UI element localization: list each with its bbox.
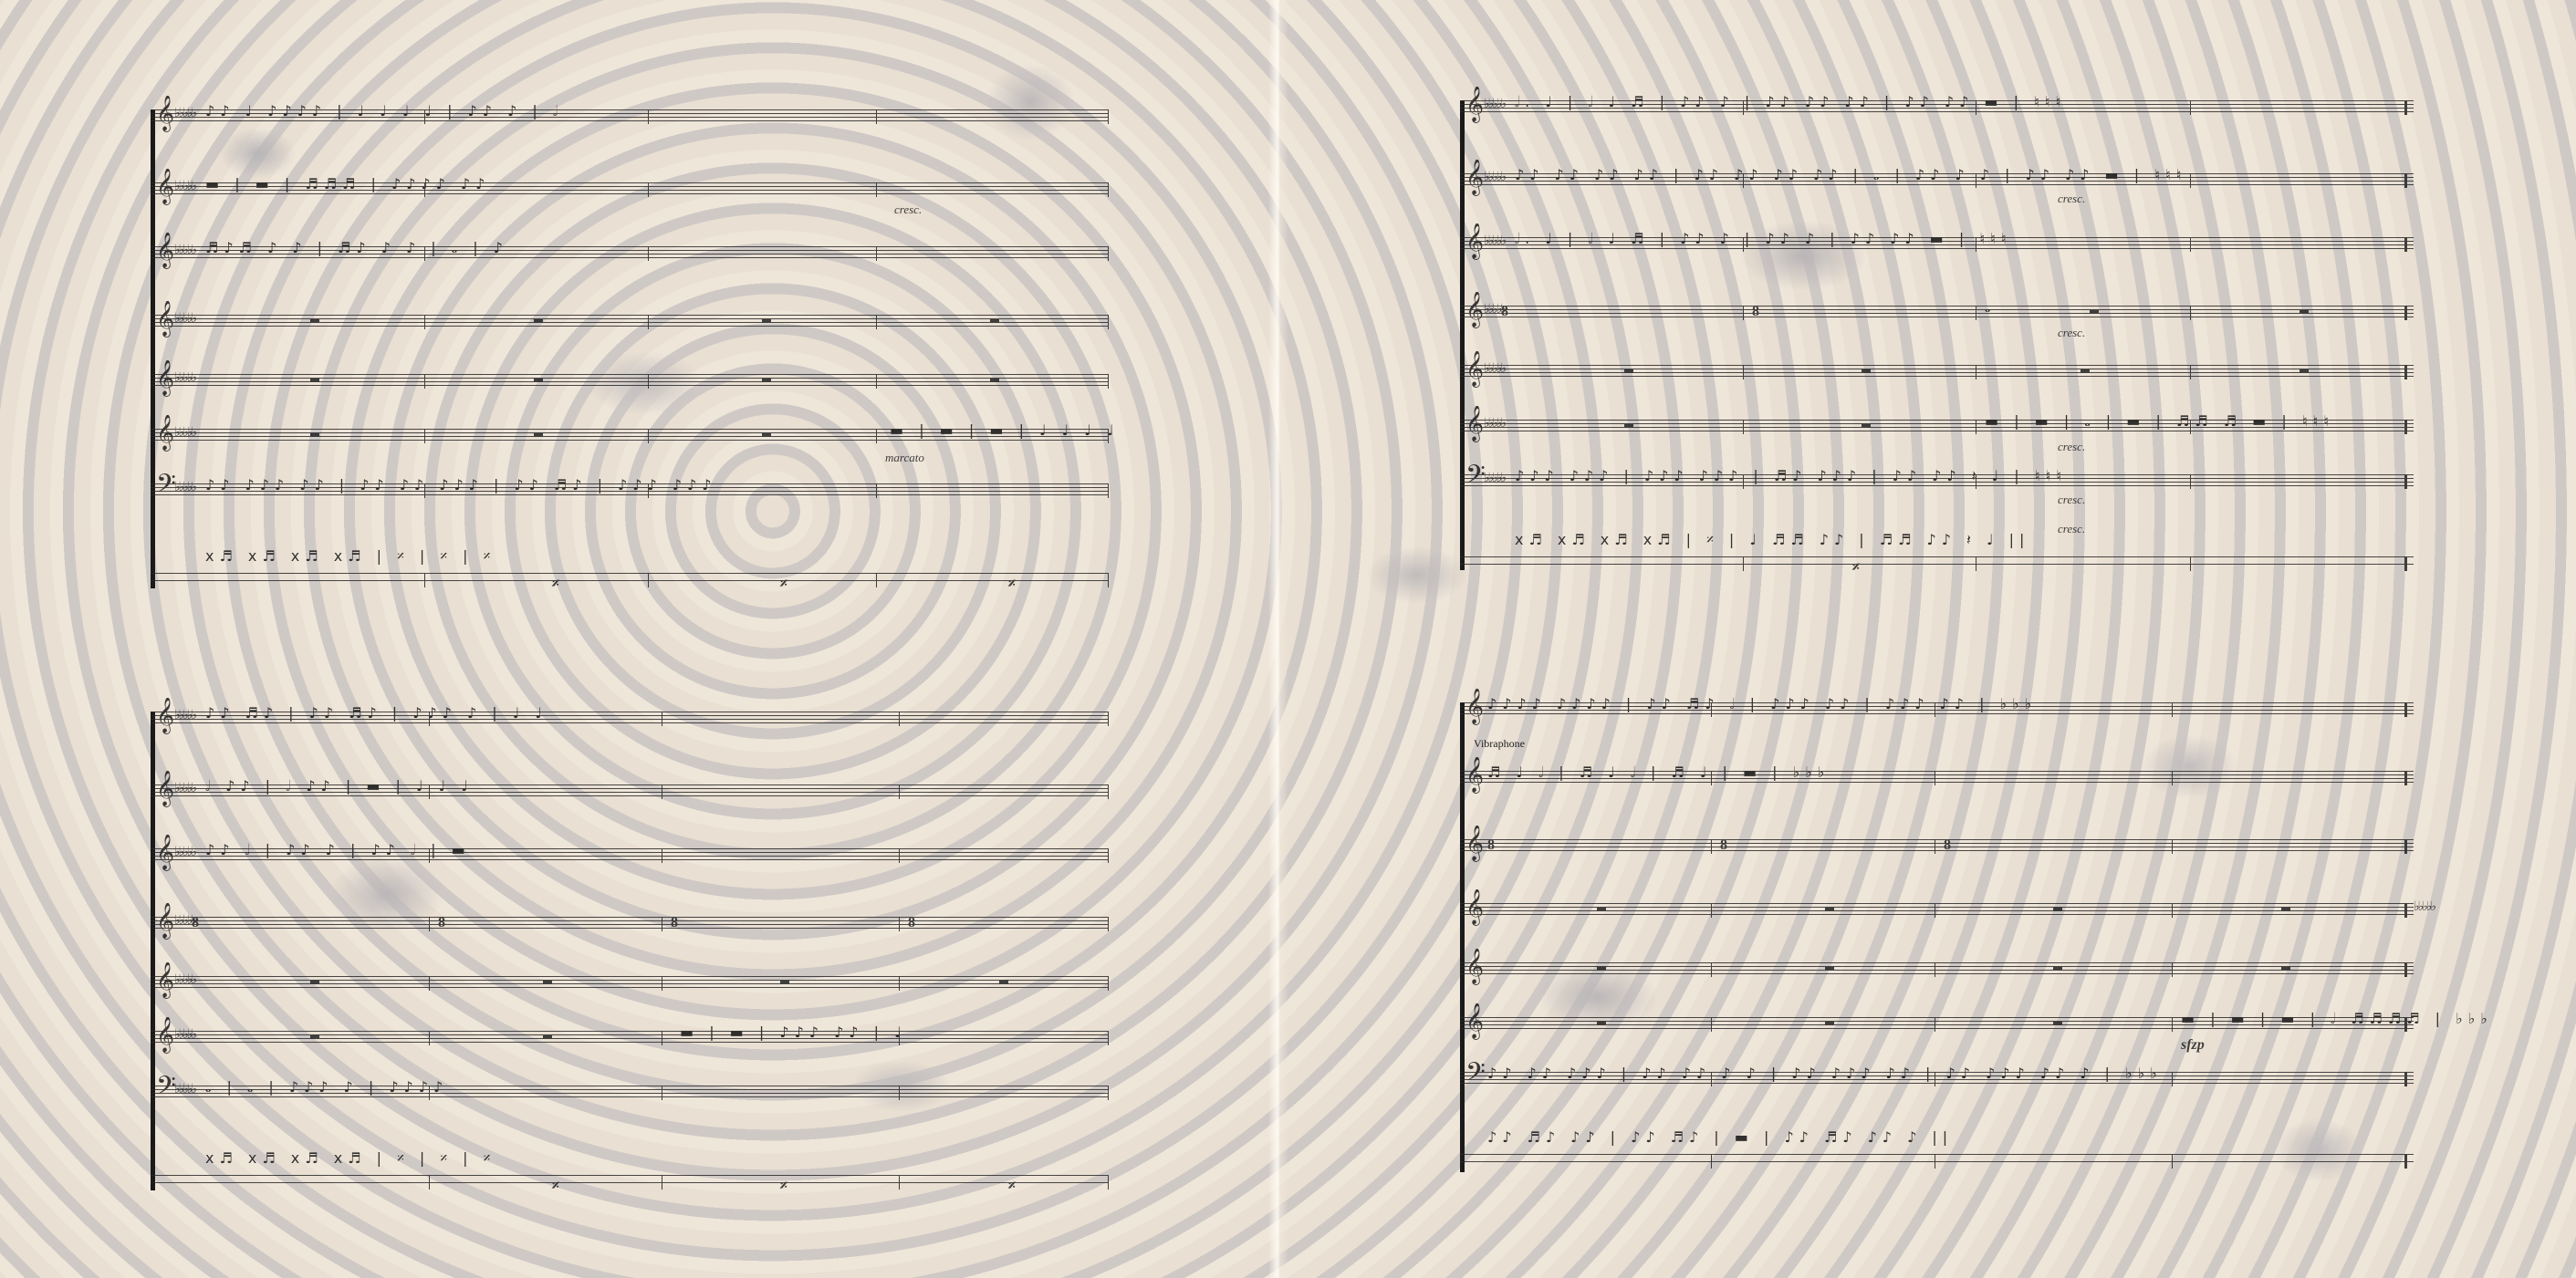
barline	[662, 848, 662, 863]
measure-repeat-icon: 𝄎	[1852, 558, 1860, 577]
whole-rest-icon	[2090, 310, 2099, 314]
barline	[899, 712, 900, 726]
treble-clef-icon: 𝄞	[1465, 295, 1484, 326]
key-signature-flats-icon: ♭♭♭♭♭	[174, 311, 195, 327]
barline	[424, 315, 425, 329]
whole-rest-icon	[1624, 369, 1633, 373]
treble-clef-icon: 𝄞	[1465, 354, 1484, 385]
staff-7: 𝄢 ♭♭♭♭♭ ♪♪♪ ♪♪♪ | ♪♪♪ ♪♪♪ | ♬♪ ♪♪♪ | ♪♪ …	[1460, 474, 2414, 489]
system-bracket	[1460, 100, 1465, 570]
barline	[662, 1031, 662, 1045]
barline	[1743, 474, 1744, 489]
instrument-label: Vibraphone	[1474, 737, 1525, 751]
key-signature-flats-icon: ♭♭♭♭♭	[1484, 97, 1505, 112]
double-barline	[2404, 306, 2407, 320]
staff-7: 𝄢 ♪♪ ♪♪ ♪♪♪ | ♪♪ ♪♪ ♪ ♪ | ♪♪ ♪♪♪ ♪♪ | ♪♪…	[1460, 1072, 2414, 1086]
whole-rest-icon	[1862, 424, 1871, 428]
barline	[1976, 474, 1976, 489]
barline	[1935, 1072, 1935, 1086]
barline	[2172, 771, 2173, 785]
double-barline	[2404, 839, 2407, 854]
barline	[2172, 1017, 2173, 1032]
staff-6: 𝄞 ♭♭♭♭♭ ▬ | ▬ | ▬ | ♩ ♩ ♩ ♩ marcato	[151, 429, 1109, 443]
staff-6: 𝄞 ♭♭♭♭♭ ▬ | ▬ | ♪♪♪ ♪♪ | ♩	[151, 1031, 1109, 1045]
percussion-staff: x♬ x♬ x♬ x♬ | 𝄎 | ♩ ♬♬ ♪♪ | ♬♬ ♪♪ 𝄽 ♩ ||…	[1460, 556, 2414, 571]
double-barline	[2404, 903, 2407, 918]
barline	[424, 109, 425, 124]
treble-clef-icon: 𝄞	[156, 235, 174, 266]
barline	[876, 573, 877, 587]
whole-rest-icon	[2300, 369, 2309, 373]
barline	[429, 917, 430, 931]
system-l2: 𝄞 ♭♭♭♭♭ ♪♪ ♬♪ | ♪♪ ♬♪ | ♪♪♪ ♪ | ♩ ♩ 𝄞 ♭♭…	[151, 712, 1109, 1195]
barline	[1711, 903, 1712, 918]
key-signature-flats-icon: ♭♭♭♭♭	[1484, 361, 1505, 377]
whole-rest-icon	[762, 433, 771, 437]
barline	[1976, 173, 1976, 188]
key-signature-flats-icon: ♭♭♭♭♭	[174, 480, 195, 495]
whole-rest-icon	[1862, 369, 1871, 373]
barline	[1976, 365, 1976, 379]
barline	[648, 483, 649, 498]
whole-rest-icon	[2281, 967, 2290, 971]
cresc-marking: cresc.	[2058, 493, 2085, 507]
marcato-marking: marcato	[885, 451, 924, 465]
measure-repeat-icon: 𝄎	[552, 1177, 559, 1195]
barline	[876, 109, 877, 124]
barline	[2190, 100, 2191, 115]
notation: ♪♪♪ ♪♪♪ | ♪♪♪ ♪♪♪ | ♬♪ ♪♪♪ | ♪♪ ♪♪ 𝄽 ♩ |…	[1515, 467, 2067, 485]
barline	[1711, 702, 1712, 717]
key-signature-flats-icon: ♭♭♭♭♭	[1484, 170, 1505, 185]
treble-clef-icon: 𝄞	[1465, 760, 1484, 791]
notation: ♪♪ ♬♪ | ♪♪ ♬♪ | ♪♪♪ ♪ | ♩ ♩	[205, 704, 548, 722]
barline	[899, 917, 900, 931]
percussion-staff: x♬ x♬ x♬ x♬ | 𝄎 | 𝄎 | 𝄎 𝄎 𝄎 𝄎	[151, 1175, 1109, 1190]
treble-clef-icon: 𝄞	[1465, 951, 1484, 982]
barline	[1108, 712, 1109, 726]
key-signature-flats-icon: ♭♭♭♭♭	[174, 1082, 195, 1097]
barline	[876, 246, 877, 261]
measure-repeat-icon: 𝄎	[1008, 1177, 1016, 1195]
barline	[1108, 109, 1109, 124]
staff-3: 𝄞 ♭♭♭♭♭ ♪♪ 𝅗𝅥 | ♪♪ ♪ | ♪♪ 𝅗𝅥 | ▬	[151, 848, 1109, 863]
key-signature-flats-icon: ♭♭♭♭♭	[174, 845, 195, 860]
percussion-staff: x♬ x♬ x♬ x♬ | 𝄎 | 𝄎 | 𝄎 𝄎 𝄎 𝄎	[151, 573, 1109, 587]
slash-notation-8: 8	[671, 915, 678, 931]
barline	[1108, 315, 1109, 329]
system-bracket	[151, 109, 155, 588]
slash-notation-8: 8	[1720, 837, 1727, 854]
staff-2: 𝄞 ♭♭♭♭♭ ♪♪ ♪♪ ♪♪ ♪♪ | ♪♪ ♪♪ ♪♪ ♪♪ | 𝅝 | …	[1460, 173, 2414, 188]
barline	[1108, 246, 1109, 261]
whole-rest-icon	[1597, 908, 1606, 911]
barline	[429, 1175, 430, 1190]
barline	[1935, 702, 1935, 717]
barline	[429, 1031, 430, 1045]
barline	[662, 1086, 662, 1100]
staff-7: 𝄢 ♭♭♭♭♭ ♪♪ ♪♪♪ ♪♪ | ♪♪ ♪♪ ♪♪♪ | ♪♪ ♬♪ | …	[151, 483, 1109, 498]
barline	[2172, 839, 2173, 854]
notation: ♪♪ ♪♪ ♪♪♪ | ♪♪ ♪♪ ♪ ♪ | ♪♪ ♪♪♪ ♪♪ | ♪♪ ♪…	[1487, 1065, 2163, 1082]
whole-rest-icon	[1624, 424, 1633, 428]
barline	[876, 182, 877, 197]
notation: ▬ | ▬ | ▬ | ♩ ♩ ♩ ♩	[890, 421, 1119, 439]
barline	[648, 315, 649, 329]
whole-rest-icon	[1825, 967, 1834, 971]
staff-6: 𝄞 ♭♭♭♭♭ ▬ | ▬ | 𝅝 | ▬ | ♬♬ ♬ ▬ | ♮♮♮ cre…	[1460, 420, 2414, 434]
staff-1: 𝄞 ♪♪♪♪ ♪♪♪♪ | ♪♪ ♬♪ 𝅗𝅥 | ♪♪♪ ♪♪ | ♪♪♪ ♪♪…	[1460, 702, 2414, 717]
notation: ▬ | ▬ | ▬ | 𝅗𝅥 ♬♬♬♬ | ♭♭♭	[2181, 1010, 2493, 1028]
whole-rest-icon	[2053, 908, 2062, 911]
whole-rest-icon	[762, 319, 771, 323]
system-r2: 𝄞 ♪♪♪♪ ♪♪♪♪ | ♪♪ ♬♪ 𝅗𝅥 | ♪♪♪ ♪♪ | ♪♪♪ ♪♪…	[1460, 702, 2414, 1177]
double-barline	[2404, 420, 2407, 434]
key-signature-flats-icon: ♭♭♭♭♭	[174, 370, 195, 386]
barline	[1108, 1086, 1109, 1100]
cresc-marking: cresc.	[2058, 440, 2085, 454]
notation: x♬ x♬ x♬ x♬ | 𝄎 | ♩ ♬♬ ♪♪ | ♬♬ ♪♪ 𝄽 ♩ ||	[1515, 531, 2029, 549]
staff-1: 𝄞 ♭♭♭♭♭ ♪♪ ♬♪ | ♪♪ ♬♪ | ♪♪♪ ♪ | ♩ ♩	[151, 712, 1109, 726]
barline	[424, 429, 425, 443]
barline	[1108, 429, 1109, 443]
treble-clef-icon: 𝄞	[1465, 162, 1484, 193]
barline	[2190, 173, 2191, 188]
barline	[1935, 771, 1935, 785]
notation: ▬ | ▬ | 𝅝 | ▬ | ♬♬ ♬ ▬ | ♮♮♮	[1985, 412, 2334, 431]
whole-rest-icon	[2081, 369, 2090, 373]
barline	[1976, 237, 1976, 252]
barline	[1108, 182, 1109, 197]
system-bracket	[151, 712, 155, 1190]
barline	[876, 483, 877, 498]
barline	[1743, 365, 1744, 379]
key-signature-flats-icon: ♭♭♭♭♭	[174, 972, 195, 988]
barline	[1108, 573, 1109, 587]
barline	[1935, 962, 1935, 977]
staff-4: 𝄞 ♭♭♭♭♭ 8 8 𝅝 cresc.	[1460, 306, 2414, 320]
barline	[1935, 1154, 1935, 1169]
system-l1: 𝄞 ♭♭♭♭♭ ♪♪ ♩ ♪♪♪♪ | ♩ ♩ ♩ ♩ | ♪♪ ♪ | 𝅗𝅥 …	[151, 109, 1109, 593]
bass-clef-icon: 𝄢	[156, 473, 176, 504]
bass-clef-icon: 𝄢	[1465, 463, 1486, 494]
whole-rest-icon	[780, 981, 789, 984]
double-barline	[2404, 771, 2407, 785]
whole-rest-icon	[990, 319, 999, 323]
double-barline	[2404, 1017, 2407, 1032]
staff-3: 𝄞 ♭♭♭♭♭ ♬♪♬ ♪ ♪ | ♬♪ ♪ ♪ | 𝅝 | ♪	[151, 246, 1109, 261]
barline	[648, 429, 649, 443]
slash-notation-8: 8	[908, 915, 915, 931]
barline	[648, 109, 649, 124]
whole-rest-icon	[990, 379, 999, 382]
slash-notation-8: 8	[1752, 304, 1759, 320]
whole-rest-icon	[310, 1035, 319, 1039]
notation: 𝅗𝅥. ♩ | 𝅗𝅥 ♩ ♬ | ♪♪ ♪ | ♪♪ ♪ | ♪♪ ♪♪ ▬ |…	[1515, 230, 2012, 248]
staff-5: 𝄞 ♭♭♭♭♭	[1460, 365, 2414, 379]
treble-clef-icon: 𝄞	[156, 418, 174, 449]
barline	[1935, 839, 1935, 854]
barline	[424, 483, 425, 498]
double-barline	[2404, 100, 2407, 115]
barline	[1743, 306, 1744, 320]
treble-clef-icon: 𝄞	[156, 1020, 174, 1051]
barline	[1935, 903, 1935, 918]
key-signature-flats-icon: ♭♭♭♭♭	[174, 708, 195, 723]
treble-clef-icon: 𝄞	[1465, 89, 1484, 120]
treble-clef-icon: 𝄞	[1465, 828, 1484, 859]
key-signature-flats-icon: ♭♭♭♭♭	[1484, 234, 1505, 249]
slash-notation-8: 8	[438, 915, 445, 931]
barline	[424, 374, 425, 389]
double-barline	[2404, 365, 2407, 379]
barline	[1711, 1017, 1712, 1032]
measure-repeat-icon: 𝄎	[552, 575, 559, 593]
notation: ♬♪♬ ♪ ♪ | ♬♪ ♪ ♪ | 𝅝 | ♪	[205, 239, 508, 257]
staff-1: 𝄞 ♭♭♭♭♭ ♪♪ ♩ ♪♪♪♪ | ♩ ♩ ♩ ♩ | ♪♪ ♪ | 𝅗𝅥	[151, 109, 1109, 124]
barline	[1108, 1175, 1109, 1190]
barline	[899, 976, 900, 991]
whole-rest-icon	[1825, 1022, 1834, 1025]
barline	[1976, 420, 1976, 434]
barline	[648, 246, 649, 261]
treble-clef-icon: 𝄞	[1465, 691, 1484, 722]
barline	[1108, 483, 1109, 498]
staff-5: 𝄞	[1460, 962, 2414, 977]
staff-4: 𝄞 ♭♭♭♭♭	[151, 315, 1109, 329]
whole-rest-icon	[762, 379, 771, 382]
barline	[429, 1086, 430, 1100]
staff-6: 𝄞 ▬ | ▬ | ▬ | 𝅗𝅥 ♬♬♬♬ | ♭♭♭ sfzp	[1460, 1017, 2414, 1032]
key-signature-flats-icon: ♭♭♭♭♭	[1484, 416, 1505, 431]
whole-rest-icon	[543, 981, 552, 984]
barline	[1711, 962, 1712, 977]
cresc-marking: cresc.	[2058, 522, 2085, 536]
notation: ♪♪ ♬♪ ♪♪ | ♪♪ ♬♪ | ▬ | ♪♪ ♬♪ ♪♪ ♪ ||	[1487, 1128, 1953, 1146]
treble-clef-icon: 𝄞	[156, 363, 174, 394]
treble-clef-icon: 𝄞	[1465, 892, 1484, 923]
barline	[899, 848, 900, 863]
barline	[876, 315, 877, 329]
barline	[2172, 903, 2173, 918]
notation: ♪♪ ♩ ♪♪♪♪ | ♩ ♩ ♩ ♩ | ♪♪ ♪ | 𝅗𝅥	[205, 102, 563, 120]
measure-repeat-icon: 𝄎	[1008, 575, 1016, 593]
barline	[2190, 306, 2191, 320]
notation: ♪♪♪♪ ♪♪♪♪ | ♪♪ ♬♪ 𝅗𝅥 | ♪♪♪ ♪♪ | ♪♪♪ ♪♪ |…	[1487, 695, 2037, 713]
bass-clef-icon: 𝄢	[156, 1075, 176, 1106]
barline	[899, 1031, 900, 1045]
barline	[1976, 100, 1976, 115]
barline	[662, 712, 662, 726]
notation: ♬ ♩ 𝅗𝅥 | ♬ ♩ 𝅗𝅥 | ♬ ♩ | ▬ | ♭♭♭	[1487, 764, 1830, 782]
barline	[1743, 556, 1744, 571]
barline	[662, 917, 662, 931]
key-signature-flats-icon: ♭♭♭♭♭	[174, 1027, 195, 1043]
barline	[2172, 702, 2173, 717]
barline	[2190, 365, 2191, 379]
barline	[876, 374, 877, 389]
barline	[1711, 839, 1712, 854]
key-signature-flats-icon: ♭♭♭♭♭	[174, 781, 195, 796]
barline	[1711, 1154, 1712, 1169]
bass-clef-icon: 𝄢	[1465, 1061, 1486, 1092]
notation: x♬ x♬ x♬ x♬ | 𝄎 | 𝄎 | 𝄎	[205, 1149, 495, 1168]
barline	[899, 784, 900, 799]
notation: ♪♪ ♪♪ ♪♪ ♪♪ | ♪♪ ♪♪ ♪♪ ♪♪ | 𝅝 | ♪♪ ♪ ♪ |…	[1515, 166, 2186, 184]
barline	[1108, 848, 1109, 863]
notation: x♬ x♬ x♬ x♬ | 𝄎 | 𝄎 | 𝄎	[205, 547, 495, 566]
system-r1: 𝄞 ♭♭♭♭♭ 𝅗𝅥. ♩ | 𝅗𝅥 ♩ ♬ | ♪♪ ♪ | ♪♪ ♪♪ ♪♪…	[1460, 100, 2414, 575]
treble-clef-icon: 𝄞	[156, 774, 174, 805]
key-signature-flats-icon: ♭♭♭♭♭	[174, 425, 195, 441]
barline	[1108, 374, 1109, 389]
whole-rest-icon	[534, 379, 543, 382]
whole-rest-icon	[2053, 1022, 2062, 1025]
treble-clef-icon: 𝄞	[156, 171, 174, 203]
whole-rest-icon	[310, 981, 319, 984]
measure-repeat-icon: 𝄎	[780, 575, 787, 593]
barline	[1976, 556, 1976, 571]
whole-rest-icon	[2300, 310, 2309, 314]
key-signature-flats-icon: ♭♭♭♭♭	[174, 179, 195, 194]
barline	[429, 976, 430, 991]
barline	[1743, 420, 1744, 434]
barline	[1108, 784, 1109, 799]
slash-notation-8: 8	[1944, 837, 1951, 854]
left-page: 𝄞 ♭♭♭♭♭ ♪♪ ♩ ♪♪♪♪ | ♩ ♩ ♩ ♩ | ♪♪ ♪ | 𝅗𝅥 …	[0, 0, 1282, 1278]
notation: 𝅗𝅥 ♪♪ | 𝅗𝅥 ♪♪ | ▬ | ♩ ♩ ♩	[205, 777, 474, 795]
whole-rest-icon	[1825, 908, 1834, 911]
whole-rest-icon	[999, 981, 1008, 984]
whole-rest-icon	[2281, 908, 2290, 911]
whole-rest-icon	[310, 433, 319, 437]
barline	[1711, 771, 1712, 785]
barline	[1976, 306, 1976, 320]
barline	[1108, 1031, 1109, 1045]
double-barline	[2404, 702, 2407, 717]
double-barline	[2404, 962, 2407, 977]
double-barline	[2404, 1154, 2407, 1169]
measure-repeat-icon: 𝄎	[780, 1177, 787, 1195]
barline	[1711, 1072, 1712, 1086]
treble-clef-icon: 𝄞	[156, 965, 174, 996]
double-barline	[2404, 1072, 2407, 1086]
barline	[1108, 976, 1109, 991]
staff-4: 𝄞 ♭♭♭♭♭ 8 8 8 8	[151, 917, 1109, 931]
notation: ▬ | ▬ | ♬♬♬ | ♪♪♪♪ ♪♪	[205, 175, 490, 192]
slash-notation-8: 8	[1501, 304, 1508, 320]
staff-3: 𝄞 ♭♭♭♭♭ 𝅗𝅥. ♩ | 𝅗𝅥 ♩ ♬ | ♪♪ ♪ | ♪♪ ♪ | ♪…	[1460, 237, 2414, 252]
whole-note-icon: 𝅝	[1985, 298, 1996, 317]
key-change-flats-icon: ♭♭♭♭♭	[2414, 899, 2435, 915]
whole-rest-icon	[2053, 967, 2062, 971]
sfzp-dynamic: sfzp	[2181, 1037, 2205, 1054]
barline	[648, 573, 649, 587]
whole-rest-icon	[310, 379, 319, 382]
barline	[662, 976, 662, 991]
whole-rest-icon	[534, 319, 543, 323]
barline	[1935, 1017, 1935, 1032]
right-page: 𝄞 ♭♭♭♭♭ 𝅗𝅥. ♩ | 𝅗𝅥 ♩ ♬ | ♪♪ ♪ | ♪♪ ♪♪ ♪♪…	[1282, 0, 2576, 1278]
key-signature-flats-icon: ♭♭♭♭♭	[174, 106, 195, 121]
whole-rest-icon	[534, 433, 543, 437]
barline	[2190, 420, 2191, 434]
staff-5: 𝄞 ♭♭♭♭♭	[151, 976, 1109, 991]
barline	[648, 374, 649, 389]
barline	[662, 1175, 662, 1190]
barline	[2190, 556, 2191, 571]
barline	[876, 429, 877, 443]
cresc-marking: cresc.	[2058, 326, 2085, 340]
staff-5: 𝄞 ♭♭♭♭♭	[151, 374, 1109, 389]
barline	[1743, 173, 1744, 188]
staff-4: 𝄞 ♭♭♭♭♭	[1460, 903, 2414, 918]
double-barline	[2404, 237, 2407, 252]
barline	[2190, 237, 2191, 252]
barline	[662, 784, 662, 799]
barline	[648, 182, 649, 197]
staff-1: 𝄞 ♭♭♭♭♭ 𝅗𝅥. ♩ | 𝅗𝅥 ♩ ♬ | ♪♪ ♪ | ♪♪ ♪♪ ♪♪…	[1460, 100, 2414, 115]
treble-clef-icon: 𝄞	[156, 304, 174, 335]
barline	[2172, 1154, 2173, 1169]
treble-clef-icon: 𝄞	[156, 701, 174, 732]
staff-2: 𝄞 ♬ ♩ 𝅗𝅥 | ♬ ♩ 𝅗𝅥 | ♬ ♩ | ▬ | ♭♭♭	[1460, 771, 2414, 785]
barline	[1108, 917, 1109, 931]
double-barline	[2404, 173, 2407, 188]
key-signature-flats-icon: ♭♭♭♭♭	[1484, 471, 1505, 486]
barline	[424, 573, 425, 587]
whole-rest-icon	[543, 1035, 552, 1039]
barline	[1743, 100, 1744, 115]
slash-notation-8: 8	[1487, 837, 1495, 854]
treble-clef-icon: 𝄞	[156, 99, 174, 130]
notation: ▬ | ▬ | ♪♪♪ ♪♪ | ♩	[680, 1023, 907, 1041]
key-signature-flats-icon: ♭♭♭♭♭	[174, 243, 195, 258]
barline	[429, 848, 430, 863]
treble-clef-icon: 𝄞	[1465, 226, 1484, 257]
staff-3: 𝄞 8 8 8	[1460, 839, 2414, 854]
barline	[429, 784, 430, 799]
barline	[424, 182, 425, 197]
staff-7: 𝄢 ♭♭♭♭♭ 𝅝 | 𝅝 | ♪♪♪ ♪ | ♪♪♪♪	[151, 1086, 1109, 1100]
treble-clef-icon: 𝄞	[1465, 1006, 1484, 1037]
barline	[2190, 474, 2191, 489]
barline	[424, 246, 425, 261]
double-barline	[2404, 556, 2407, 571]
whole-rest-icon	[1597, 1022, 1606, 1025]
barline	[899, 1175, 900, 1190]
whole-rest-icon	[310, 319, 319, 323]
staff-2: 𝄞 ♭♭♭♭♭ 𝅗𝅥 ♪♪ | 𝅗𝅥 ♪♪ | ▬ | ♩ ♩ ♩	[151, 784, 1109, 799]
notation: ♪♪ 𝅗𝅥 | ♪♪ ♪ | ♪♪ 𝅗𝅥 | ▬	[205, 841, 471, 859]
staff-2: 𝄞 ♭♭♭♭♭ ▬ | ▬ | ♬♬♬ | ♪♪♪♪ ♪♪ cresc.	[151, 182, 1109, 197]
barline	[2172, 1072, 2173, 1086]
percussion-staff: ♪♪ ♬♪ ♪♪ | ♪♪ ♬♪ | ▬ | ♪♪ ♬♪ ♪♪ ♪ ||	[1460, 1154, 2414, 1169]
notation: 𝅗𝅥. ♩ | 𝅗𝅥 ♩ ♬ | ♪♪ ♪ | ♪♪ ♪♪ ♪♪ | ♪♪ ♪♪…	[1515, 93, 2066, 111]
barline	[429, 712, 430, 726]
slash-notation-8: 8	[192, 915, 199, 931]
barline	[899, 1086, 900, 1100]
treble-clef-icon: 𝄞	[156, 837, 174, 868]
notation: ♪♪ ♪♪♪ ♪♪ | ♪♪ ♪♪ ♪♪♪ | ♪♪ ♬♪ | ♪♪♪ ♪♪♪	[205, 476, 716, 494]
double-barline	[2404, 474, 2407, 489]
cresc-marking: cresc.	[894, 203, 922, 217]
barline	[1743, 237, 1744, 252]
treble-clef-icon: 𝄞	[156, 906, 174, 937]
treble-clef-icon: 𝄞	[1465, 409, 1484, 440]
whole-rest-icon	[1597, 967, 1606, 971]
barline	[2172, 962, 2173, 977]
